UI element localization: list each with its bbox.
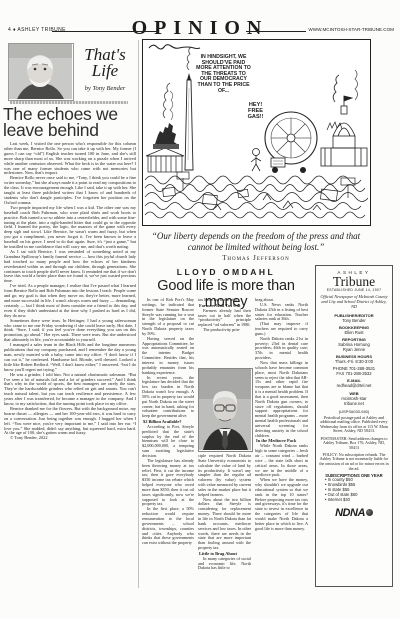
- echoes-headline: The echoes we leave behind: [3, 107, 137, 138]
- omdahl-column-3: brag about.U.S. News ranks North Dakota …: [255, 298, 308, 588]
- gas-tanker: [265, 112, 317, 173]
- column-divider: [138, 40, 139, 588]
- omdahl-byline: LLOYD OMDAHL: [142, 267, 310, 277]
- masthead-box: ASHLEY Tribune ESTABLISHED JUNE 14, 1907…: [315, 265, 393, 587]
- masthead-postmaster-notice: POSTMASTER: Send address changes to Ashl…: [319, 437, 389, 451]
- omdahl-column-2-bottom: ciple required North Dakota State Univer…: [198, 454, 251, 588]
- newspaper-website: WWW.MCINTOSH-STAR-TRIBUNE.COM: [308, 27, 394, 32]
- masthead-periodical-notice: Periodical postage paid at Ashley and ad…: [319, 416, 389, 434]
- masthead-usps: (USPS#033-940): [319, 409, 389, 414]
- masthead-established: ESTABLISHED JUNE 14, 1907: [319, 288, 389, 292]
- header-rule-right: [246, 31, 306, 32]
- masthead-name: Tribune: [319, 275, 389, 288]
- masthead-policy-notice: POLICY: No subscription refunds. The Ash…: [319, 453, 389, 471]
- jefferson-quote-attribution: Thomas Jefferson: [146, 255, 366, 262]
- lloyd-omdahl-photo: [198, 368, 253, 452]
- tony-bender-photo: [8, 43, 74, 101]
- cartoonist-signature: [149, 45, 200, 49]
- jefferson-quote: “Our liberty depends on the freedom of t…: [146, 231, 366, 252]
- crowd-rubble: [145, 172, 368, 218]
- omdahl-column-2-top: tax has a bat in the attic.Farmers Had T…: [198, 298, 251, 368]
- masthead-staff: PUBLISHER/EDITORTony BenderBOOKKEEPINGEl…: [319, 313, 389, 352]
- masthead-official-statement: Official Newspaper of McIntosh County an…: [319, 295, 389, 310]
- masthead-phone: PHONE 701-288-3531FAX 701-288-3532: [319, 366, 389, 376]
- cartoon-shout: HEY! FREE GAS!!: [247, 102, 264, 120]
- omdahl-column-1: In one of Rob Port's May writings, he in…: [142, 298, 194, 588]
- capitol-building: [321, 96, 367, 166]
- ndna-logo: NDNA: [335, 507, 373, 519]
- masthead-hours: BUSINESS HOURSThurs.-Fri. 8:30-3:00: [319, 354, 389, 364]
- cartoon-drawing: [143, 40, 368, 223]
- thats-life-word2: Life: [92, 61, 118, 80]
- thats-life-byline: by Tony Bender: [74, 85, 136, 92]
- shouting-figure: [251, 149, 261, 172]
- thats-life-column-title: That's Life: [74, 47, 136, 79]
- editorial-cartoon: IN HINDSIGHT, WE SHOULD'VE PAID MORE ATT…: [142, 39, 371, 226]
- echoes-article-body: Last week, I visited the one person who'…: [4, 142, 136, 532]
- subscriptions-list: • In county $50• Snowbirds $55• In state…: [319, 478, 389, 503]
- cartoon-caption: IN HINDSIGHT, WE SHOULD'VE PAID MORE ATT…: [196, 55, 251, 94]
- newspaper-opinion-page: 4 ♦ ASHLEY TRIBUNE OPINION JULY 20, 2022…: [0, 0, 400, 618]
- header-rule-left: [52, 31, 158, 32]
- masthead-contact: E-MAILredhead@drtel.netWEBmcintosh-start…: [319, 378, 389, 405]
